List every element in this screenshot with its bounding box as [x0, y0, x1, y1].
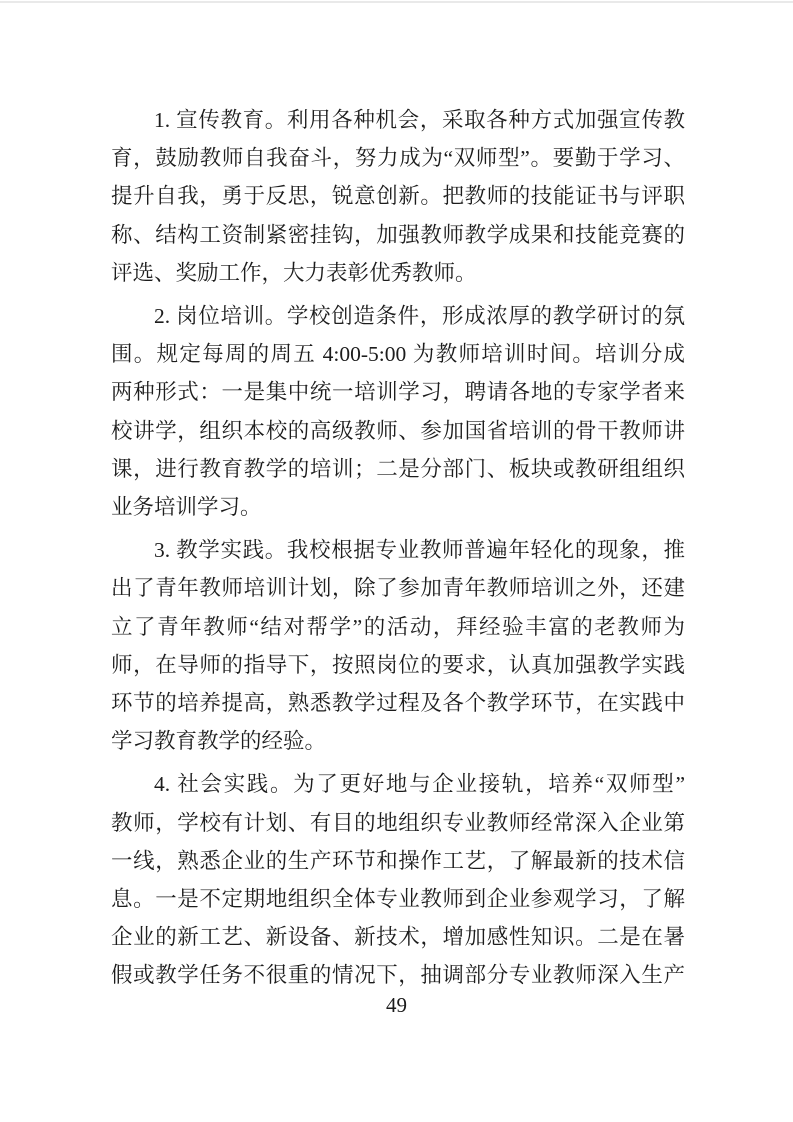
text-line: 评选、奖励工作，大力表彰优秀教师。 [111, 254, 685, 292]
page-top-edge [0, 1, 793, 3]
paragraph: 2. 岗位培训。学校创造条件，形成浓厚的教学研讨的氛 围。规定每周的周五 4:0… [111, 297, 685, 526]
text-line: 2. 岗位培训。学校创造条件，形成浓厚的教学研讨的氛 [111, 297, 685, 335]
paragraph: 3. 教学实践。我校根据专业教师普遍年轻化的现象，推 出了青年教师培训计划，除了… [111, 531, 685, 760]
text-line: 提升自我，勇于反思，锐意创新。把教师的技能证书与评职 [111, 177, 685, 215]
paragraph: 4. 社会实践。为了更好地与企业接轨，培养“双师型” 教师，学校有计划、有目的地… [111, 765, 685, 994]
text-line: 围。规定每周的周五 4:00-5:00 为教师培训时间。培训分成 [111, 335, 685, 373]
document-text-body: 1. 宣传教育。利用各种机会，采取各种方式加强宣传教 育，鼓励教师自我奋斗，努力… [111, 101, 685, 995]
text-line: 教师，学校有计划、有目的地组织专业教师经常深入企业第 [111, 804, 685, 842]
text-line: 学习教育教学的经验。 [111, 722, 685, 760]
text-line: 环节的培养提高，熟悉教学过程及各个教学环节，在实践中 [111, 684, 685, 722]
text-line: 3. 教学实践。我校根据专业教师普遍年轻化的现象，推 [111, 531, 685, 569]
text-line: 校讲学，组织本校的高级教师、参加国省培训的骨干教师讲 [111, 412, 685, 450]
text-line: 课，进行教育教学的培训；二是分部门、板块或教研组组织 [111, 450, 685, 488]
text-line: 业务培训学习。 [111, 488, 685, 526]
text-line: 4. 社会实践。为了更好地与企业接轨，培养“双师型” [111, 765, 685, 803]
text-line: 两种形式：一是集中统一培训学习，聘请各地的专家学者来 [111, 373, 685, 411]
page-number: 49 [0, 990, 793, 1020]
text-line: 立了青年教师“结对帮学”的活动，拜经验丰富的老教师为 [111, 608, 685, 646]
text-line: 师，在导师的指导下，按照岗位的要求，认真加强教学实践 [111, 646, 685, 684]
text-line: 假或教学任务不很重的情况下，抽调部分专业教师深入生产 [111, 956, 685, 994]
text-line: 出了青年教师培训计划，除了参加青年教师培训之外，还建 [111, 569, 685, 607]
text-line: 息。一是不定期地组织全体专业教师到企业参观学习，了解 [111, 880, 685, 918]
text-line: 企业的新工艺、新设备、新技术，增加感性知识。二是在暑 [111, 918, 685, 956]
paragraph: 1. 宣传教育。利用各种机会，采取各种方式加强宣传教 育，鼓励教师自我奋斗，努力… [111, 101, 685, 292]
text-line: 育，鼓励教师自我奋斗，努力成为“双师型”。要勤于学习、 [111, 139, 685, 177]
text-line: 称、结构工资制紧密挂钩，加强教师教学成果和技能竞赛的 [111, 216, 685, 254]
text-line: 1. 宣传教育。利用各种机会，采取各种方式加强宣传教 [111, 101, 685, 139]
text-line: 一线，熟悉企业的生产环节和操作工艺，了解最新的技术信 [111, 842, 685, 880]
